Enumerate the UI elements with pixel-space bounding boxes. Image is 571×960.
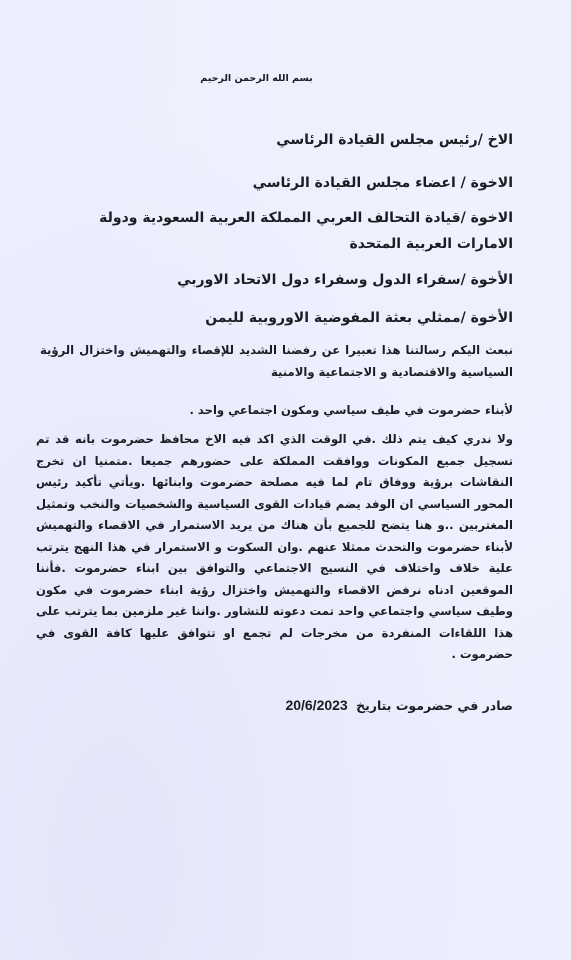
body-paragraph: نبعث اليكم رسالتنا هذا تعبيرا عن رفضنا ا… (40, 340, 513, 383)
addressee-line: الاخ /رئيس مجلس القيادة الرئاسي (276, 127, 513, 153)
body-paragraph: ولا ندري كيف يتم ذلك .في الوقت الذي اكد … (36, 429, 513, 666)
issued-text: صادر في حضرموت بتاريخ (356, 698, 513, 713)
addressee-line: الاخوة / اعضاء مجلس القيادة الرئاسي (253, 170, 513, 196)
body-paragraph: لأبناء حضرموت في طيف سياسي ومكون اجتماعي… (40, 400, 513, 422)
issued-statement: صادر في حضرموت بتاريخ 20/6/2023 (285, 697, 513, 713)
addressee-line: الأخوة /سفراء الدول وسفراء دول الاتحاد ا… (177, 267, 513, 293)
addressee-line: الأخوة /ممثلي بعثة المفوضية الاوروبية لل… (205, 305, 513, 331)
basmala-heading: بسم الله الرحمن الرحيم (40, 73, 513, 84)
issued-date: 20/6/2023 (285, 697, 347, 713)
document-page: بسم الله الرحمن الرحيم الاخ /رئيس مجلس ا… (0, 0, 571, 960)
addressee-line: الاخوة /قيادة التحالف العربي المملكة الع… (40, 205, 513, 257)
